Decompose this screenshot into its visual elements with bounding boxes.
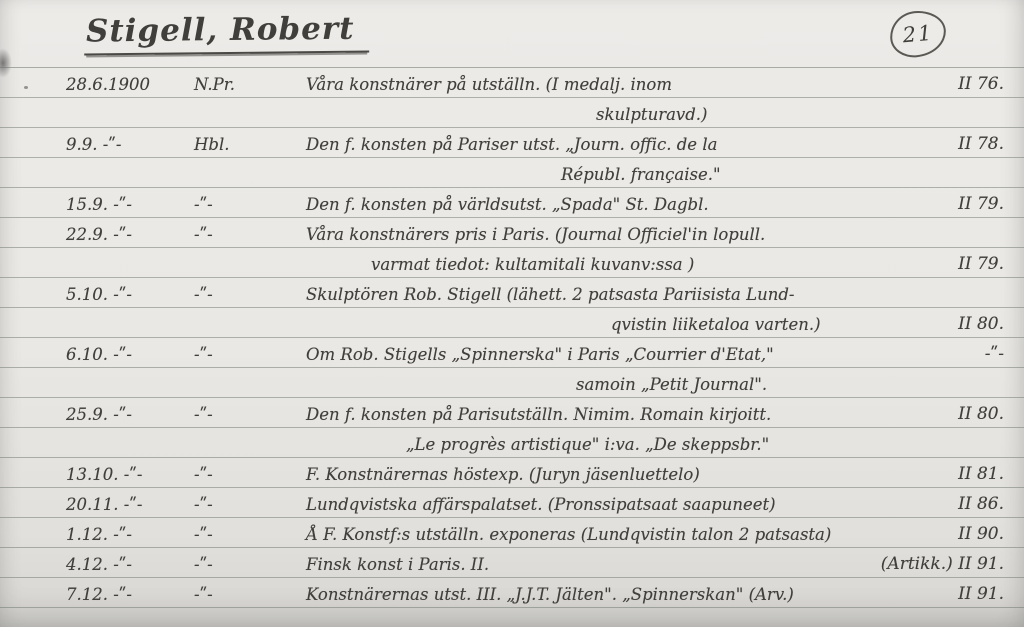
entry-text-continued: skulpturavd.) <box>596 105 707 124</box>
entry-row: 6.10. -ʺ- -ʺ- Om Rob. Stigells „Spinners… <box>0 338 1024 368</box>
entry-source: -ʺ- <box>194 525 306 544</box>
entry-text: Skulptören Rob. Stigell (lähett. 2 patsa… <box>306 285 794 304</box>
entry-source: -ʺ- <box>194 465 306 484</box>
entry-text: Om Rob. Stigells „Spinnerska" i Paris „C… <box>306 345 774 364</box>
entry-date: 5.10. -ʺ- <box>66 285 194 304</box>
entry-row-continuation: „Le progrès artistique" i:va. „De skepps… <box>0 428 1024 458</box>
entry-row: 9.9. -ʺ- Hbl. Den f. konsten på Pariser … <box>0 128 1024 158</box>
entry-row: 1.12. -ʺ- -ʺ- Å F. Konstf:s utställn. ex… <box>0 518 1024 548</box>
entry-text: Den f. konsten på Pariser utst. „Journ. … <box>306 135 717 154</box>
entry-ref: II 80. <box>958 405 1010 424</box>
entry-date: 28.6.1900 <box>66 75 194 94</box>
entry-row: 28.6.1900 N.Pr. Våra konstnärer på utstä… <box>0 68 1024 98</box>
entry-ref: II 79. <box>958 195 1010 214</box>
entry-text: F. Konstnärernas höstexp. (Juryn jäsenlu… <box>306 465 700 484</box>
entry-ref: II 90. <box>958 525 1010 544</box>
entry-text-continued: samoin „Petit Journal". <box>576 375 767 394</box>
entry-ref: II 91. <box>958 585 1010 604</box>
entry-source: -ʺ- <box>194 585 306 604</box>
entry-source: -ʺ- <box>194 555 306 574</box>
entry-row: 4.12. -ʺ- -ʺ- Finsk konst i Paris. II. (… <box>0 548 1024 578</box>
entry-text: Finsk konst i Paris. II. <box>306 555 489 574</box>
entry-text: Den f. konsten på världsutst. „Spada" St… <box>306 195 709 214</box>
entry-date: 15.9. -ʺ- <box>66 195 194 214</box>
entry-date: 22.9. -ʺ- <box>66 225 194 244</box>
entry-text: Å F. Konstf:s utställn. exponeras (Lundq… <box>306 525 831 544</box>
entry-row-continuation: samoin „Petit Journal". <box>0 368 1024 398</box>
entry-ref: (Artikk.) II 91. <box>881 555 1010 574</box>
page-number-circle: 21 <box>888 9 948 60</box>
entry-row: 25.9. -ʺ- -ʺ- Den f. konsten på Parisuts… <box>0 398 1024 428</box>
entry-date: 7.12. -ʺ- <box>66 585 194 604</box>
entry-text-continued: qvistin liiketaloa varten.) <box>611 315 821 334</box>
page-title-text: Stigell, Robert <box>84 11 369 56</box>
entry-source: -ʺ- <box>194 495 306 514</box>
entry-row-continuation: varmat tiedot: kultamitali kuvanv:ssa ) … <box>0 248 1024 278</box>
entry-ref: II 81. <box>958 465 1010 484</box>
entry-ref: II 86. <box>958 495 1010 514</box>
entry-ref: II 80. <box>958 315 1010 334</box>
entry-date: 4.12. -ʺ- <box>66 555 194 574</box>
entry-source: N.Pr. <box>194 75 306 94</box>
entry-date: 25.9. -ʺ- <box>66 405 194 424</box>
entry-row: 13.10. -ʺ- -ʺ- F. Konstnärernas höstexp.… <box>0 458 1024 488</box>
entry-source: -ʺ- <box>194 285 306 304</box>
entry-ref: II 79. <box>958 255 1010 274</box>
entry-text: Våra konstnärer på utställn. (I medalj. … <box>306 75 672 94</box>
index-card: Stigell, Robert 21 28.6.1900 N.Pr. Våra … <box>0 0 1024 627</box>
card-header: Stigell, Robert 21 <box>0 0 1024 68</box>
entry-text-continued: Républ. française." <box>561 165 721 184</box>
entry-date: 6.10. -ʺ- <box>66 345 194 364</box>
entry-text-continued: „Le progrès artistique" i:va. „De skepps… <box>406 435 769 454</box>
entry-row-continuation: qvistin liiketaloa varten.) II 80. <box>0 308 1024 338</box>
entry-text: Den f. konsten på Parisutställn. Nimim. … <box>306 405 771 424</box>
entry-row: 7.12. -ʺ- -ʺ- Konstnärernas utst. III. „… <box>0 578 1024 608</box>
entry-date: 9.9. -ʺ- <box>66 135 194 154</box>
entry-source: -ʺ- <box>194 345 306 364</box>
entry-row-continuation: Républ. française." <box>0 158 1024 188</box>
entry-row: 15.9. -ʺ- -ʺ- Den f. konsten på världsut… <box>0 188 1024 218</box>
entry-date: 1.12. -ʺ- <box>66 525 194 544</box>
entry-text: Konstnärernas utst. III. „J.J.T. Jälten"… <box>306 585 794 604</box>
entry-ref: II 78. <box>958 135 1010 154</box>
entry-date: 20.11. -ʺ- <box>66 495 194 514</box>
entries-list: 28.6.1900 N.Pr. Våra konstnärer på utstä… <box>0 68 1024 608</box>
entry-date: 13.10. -ʺ- <box>66 465 194 484</box>
entry-source: -ʺ- <box>194 195 306 214</box>
entry-row: 22.9. -ʺ- -ʺ- Våra konstnärers pris i Pa… <box>0 218 1024 248</box>
entry-source: -ʺ- <box>194 405 306 424</box>
entry-row-continuation: skulpturavd.) <box>0 98 1024 128</box>
entry-row: 5.10. -ʺ- -ʺ- Skulptören Rob. Stigell (l… <box>0 278 1024 308</box>
entry-row: 20.11. -ʺ- -ʺ- Lundqvistska affärspalats… <box>0 488 1024 518</box>
page-title: Stigell, Robert <box>84 11 369 56</box>
page-number: 21 <box>902 21 935 48</box>
entry-text: Lundqvistska affärspalatset. (Pronssipat… <box>306 495 776 514</box>
entry-source: Hbl. <box>194 135 306 154</box>
entry-ref: II 76. <box>958 75 1010 94</box>
entry-ref: -ʺ- <box>985 345 1010 364</box>
entry-text: Våra konstnärers pris i Paris. (Journal … <box>306 225 765 244</box>
entry-text-continued: varmat tiedot: kultamitali kuvanv:ssa ) <box>371 255 694 274</box>
entry-source: -ʺ- <box>194 225 306 244</box>
